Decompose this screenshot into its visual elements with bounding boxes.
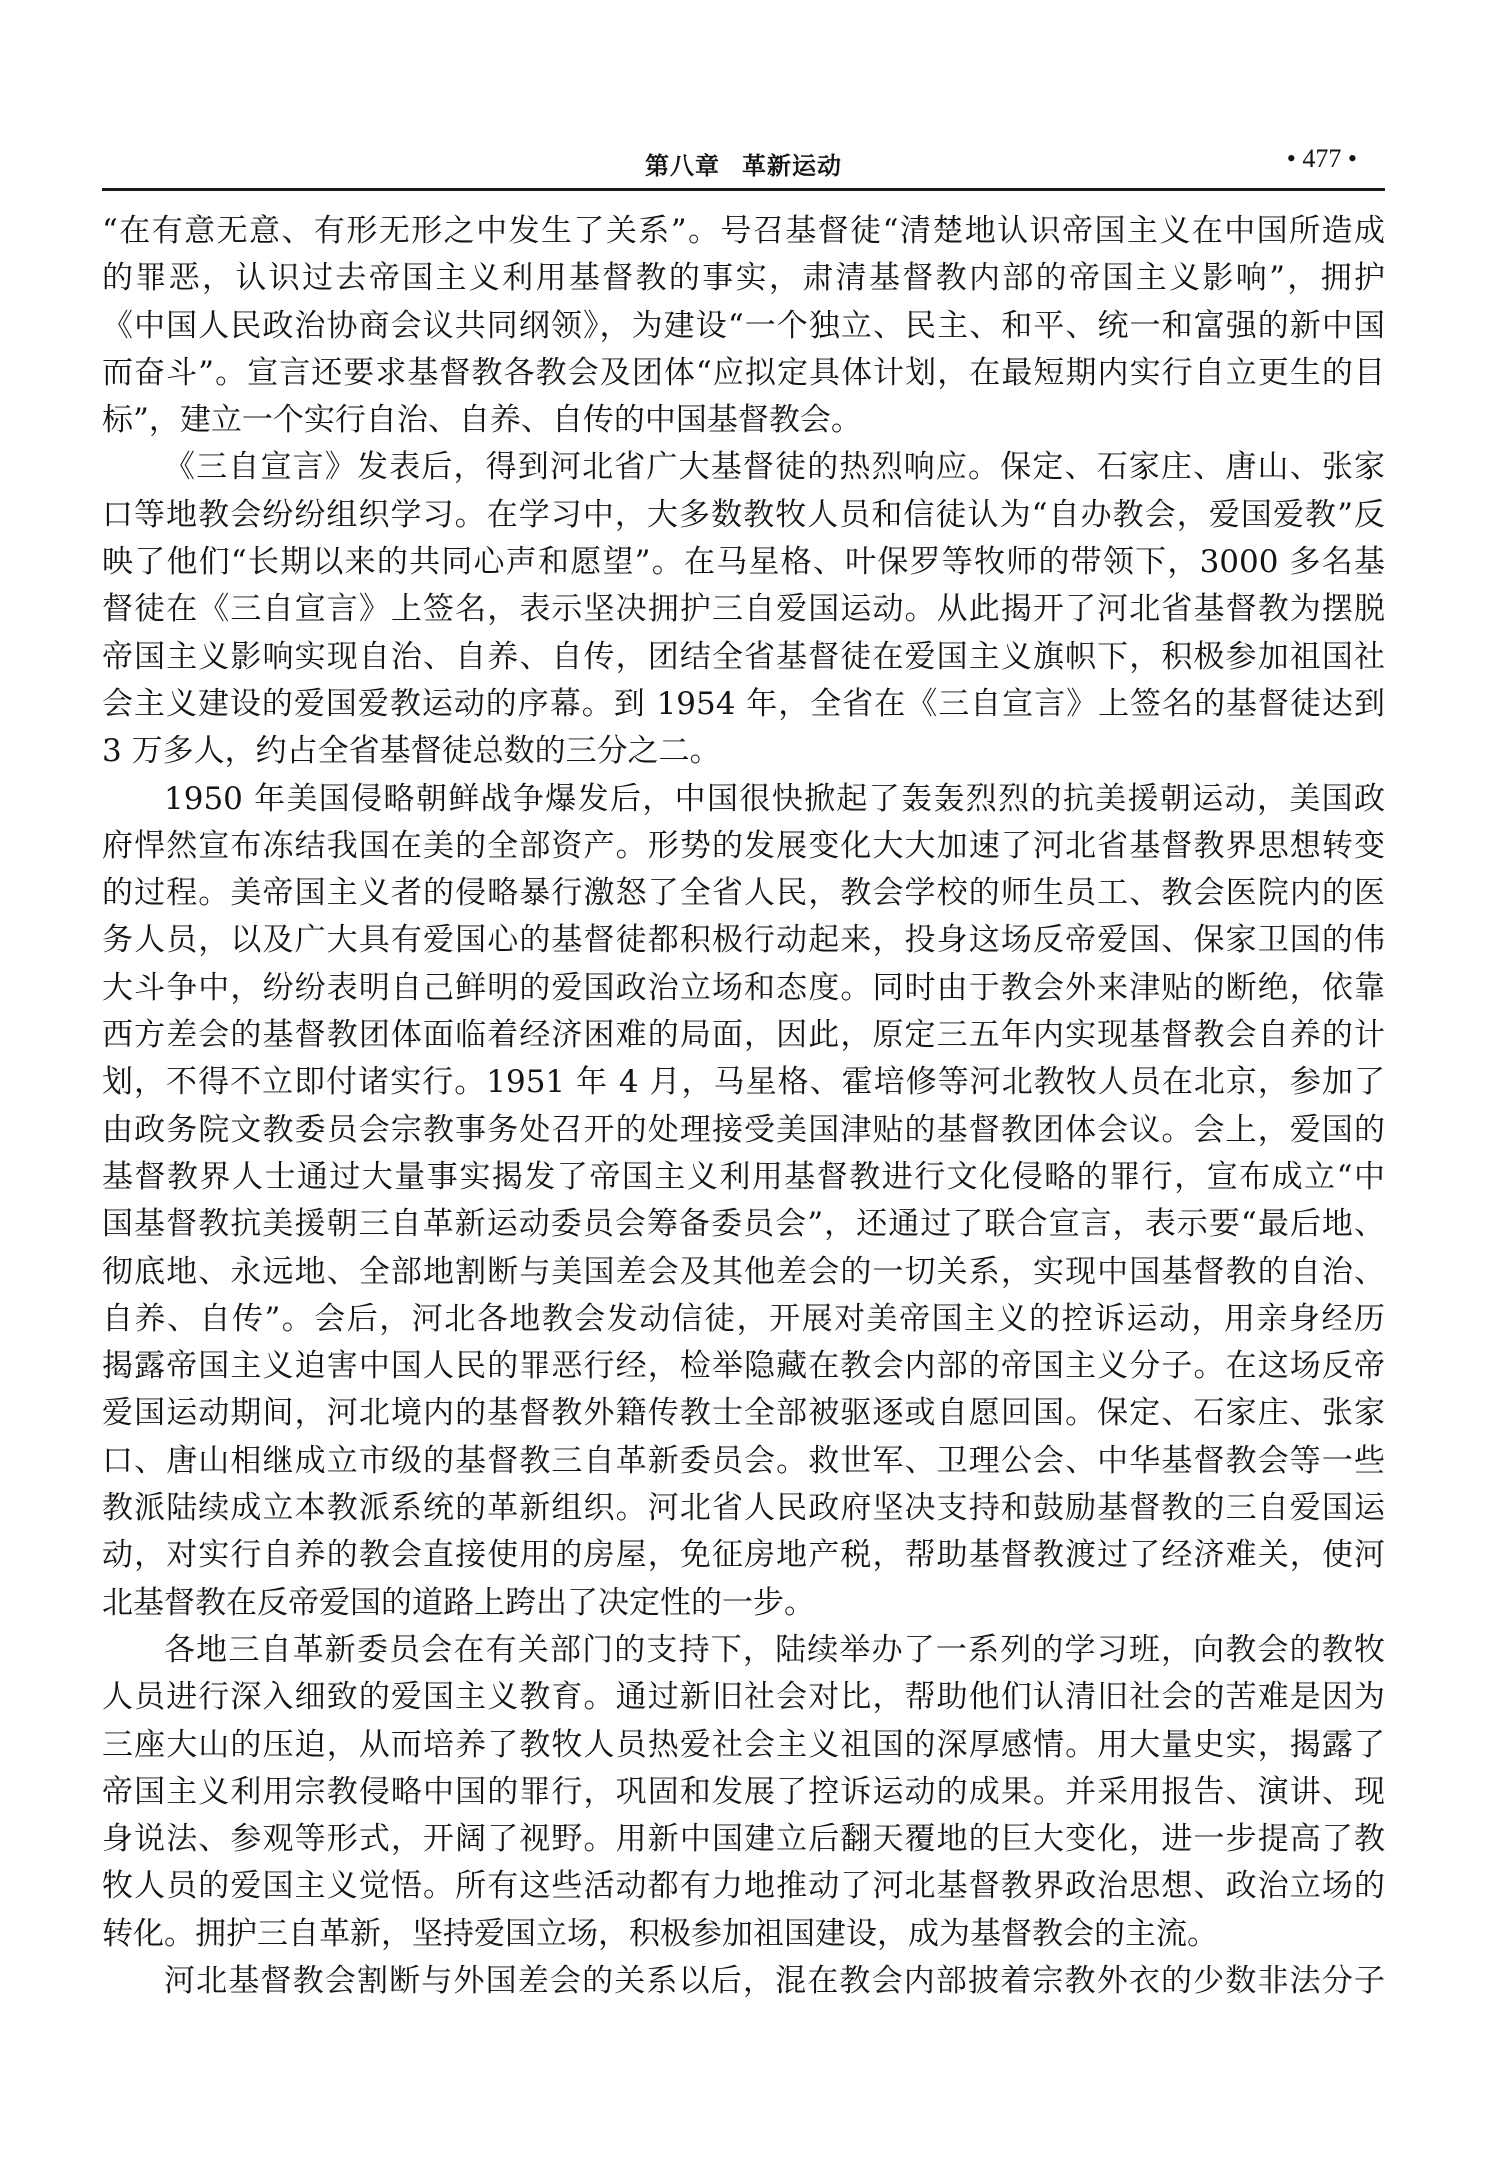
text-line: “在有意无意、有形无形之中发生了关系”。号召基督徒“清楚地认识帝国主义在中国所造… bbox=[102, 208, 1385, 255]
body-text: “在有意无意、有形无形之中发生了关系”。号召基督徒“清楚地认识帝国主义在中国所造… bbox=[102, 208, 1385, 2005]
text-line: 帝国主义影响实现自治、自养、自传，团结全省基督徒在爱国主义旗帜下，积极参加祖国社 bbox=[102, 634, 1385, 681]
text-line: 动，对实行自养的教会直接使用的房屋，免征房地产税，帮助基督教渡过了经济难关，使河 bbox=[102, 1532, 1385, 1579]
paragraph: 1950 年美国侵略朝鲜战争爆发后，中国很快掀起了轰轰烈烈的抗美援朝运动，美国政… bbox=[102, 776, 1385, 1627]
text-line: 基督教界人士通过大量事实揭发了帝国主义利用基督教进行文化侵略的罪行，宣布成立“中 bbox=[102, 1154, 1385, 1201]
text-line: 身说法、参观等形式，开阔了视野。用新中国建立后翻天覆地的巨大变化，进一步提高了教 bbox=[102, 1816, 1385, 1863]
chapter-label: 第八章 bbox=[645, 152, 720, 180]
page-header: 第八章革新运动 • 477 • bbox=[102, 138, 1385, 190]
text-line: 务人员，以及广大具有爱国心的基督徒都积极行动起来，投身这场反帝爱国、保家卫国的伟 bbox=[102, 917, 1385, 964]
paragraph: 各地三自革新委员会在有关部门的支持下，陆续举办了一系列的学习班，向教会的教牧人员… bbox=[102, 1627, 1385, 1958]
text-line: 《三自宣言》发表后，得到河北省广大基督徒的热烈响应。保定、石家庄、唐山、张家 bbox=[102, 444, 1385, 491]
text-line: 1950 年美国侵略朝鲜战争爆发后，中国很快掀起了轰轰烈烈的抗美援朝运动，美国政 bbox=[102, 776, 1385, 823]
text-line: 标”，建立一个实行自治、自养、自传的中国基督教会。 bbox=[102, 397, 1385, 444]
paragraph: 《三自宣言》发表后，得到河北省广大基督徒的热烈响应。保定、石家庄、唐山、张家口等… bbox=[102, 444, 1385, 775]
text-line: 自养、自传”。会后，河北各地教会发动信徒，开展对美帝国主义的控诉运动，用亲身经历 bbox=[102, 1296, 1385, 1343]
text-line: 的过程。美帝国主义者的侵略暴行激怒了全省人民，教会学校的师生员工、教会医院内的医 bbox=[102, 870, 1385, 917]
text-line: 教派陆续成立本教派系统的革新组织。河北省人民政府坚决支持和鼓励基督教的三自爱国运 bbox=[102, 1485, 1385, 1532]
text-line: 转化。拥护三自革新，坚持爱国立场，积极参加祖国建设，成为基督教会的主流。 bbox=[102, 1911, 1385, 1958]
running-title: 第八章革新运动 bbox=[102, 146, 1385, 181]
text-line: 《中国人民政治协商会议共同纲领》，为建设“一个独立、民主、和平、统一和富强的新中… bbox=[102, 303, 1385, 350]
paragraph: 河北基督教会割断与外国差会的关系以后，混在教会内部披着宗教外衣的少数非法分子 bbox=[102, 1958, 1385, 2005]
text-line: 帝国主义利用宗教侵略中国的罪行，巩固和发展了控诉运动的成果。并采用报告、演讲、现 bbox=[102, 1769, 1385, 1816]
text-line: 揭露帝国主义迫害中国人民的罪恶行经，检举隐藏在教会内部的帝国主义分子。在这场反帝 bbox=[102, 1343, 1385, 1390]
text-line: 人员进行深入细致的爱国主义教育。通过新旧社会对比，帮助他们认清旧社会的苦难是因为 bbox=[102, 1674, 1385, 1721]
text-line: 口等地教会纷纷组织学习。在学习中，大多数教牧人员和信徒认为“自办教会，爱国爱教”… bbox=[102, 492, 1385, 539]
text-line: 爱国运动期间，河北境内的基督教外籍传教士全部被驱逐或自愿回国。保定、石家庄、张家 bbox=[102, 1390, 1385, 1437]
text-line: 会主义建设的爱国爱教运动的序幕。到 1954 年，全省在《三自宣言》上签名的基督… bbox=[102, 681, 1385, 728]
text-line: 督徒在《三自宣言》上签名，表示坚决拥护三自爱国运动。从此揭开了河北省基督教为摆脱 bbox=[102, 586, 1385, 633]
text-line: 划，不得不立即付诸实行。1951 年 4 月，马星格、霍培修等河北教牧人员在北京… bbox=[102, 1059, 1385, 1106]
text-line: 北基督教在反帝爱国的道路上跨出了决定性的一步。 bbox=[102, 1580, 1385, 1627]
header-rule bbox=[102, 188, 1385, 191]
text-line: 彻底地、永远地、全部地割断与美国差会及其他差会的一切关系，实现中国基督教的自治、 bbox=[102, 1249, 1385, 1296]
text-line: 口、唐山相继成立市级的基督教三自革新委员会。救世军、卫理公会、中华基督教会等一些 bbox=[102, 1438, 1385, 1485]
chapter-title: 革新运动 bbox=[742, 152, 842, 180]
text-line: 3 万多人，约占全省基督徒总数的三分之二。 bbox=[102, 728, 1385, 775]
text-line: 河北基督教会割断与外国差会的关系以后，混在教会内部披着宗教外衣的少数非法分子 bbox=[102, 1958, 1385, 2005]
text-line: 国基督教抗美援朝三自革新运动委员会筹备委员会”，还通过了联合宣言，表示要“最后地… bbox=[102, 1201, 1385, 1248]
text-line: 府悍然宣布冻结我国在美的全部资产。形势的发展变化大大加速了河北省基督教界思想转变 bbox=[102, 823, 1385, 870]
text-line: 西方差会的基督教团体面临着经济困难的局面，因此，原定三五年内实现基督教会自养的计 bbox=[102, 1012, 1385, 1059]
text-line: 三座大山的压迫，从而培养了教牧人员热爱社会主义祖国的深厚感情。用大量史实，揭露了 bbox=[102, 1722, 1385, 1769]
text-line: 各地三自革新委员会在有关部门的支持下，陆续举办了一系列的学习班，向教会的教牧 bbox=[102, 1627, 1385, 1674]
text-line: 的罪恶，认识过去帝国主义利用基督教的事实，肃清基督教内部的帝国主义影响”，拥护 bbox=[102, 255, 1385, 302]
paragraph: “在有意无意、有形无形之中发生了关系”。号召基督徒“清楚地认识帝国主义在中国所造… bbox=[102, 208, 1385, 444]
text-line: 大斗争中，纷纷表明自己鲜明的爱国政治立场和态度。同时由于教会外来津贴的断绝，依靠 bbox=[102, 965, 1385, 1012]
page-number: • 477 • bbox=[1287, 144, 1357, 174]
text-line: 映了他们“长期以来的共同心声和愿望”。在马星格、叶保罗等牧师的带领下，3000 … bbox=[102, 539, 1385, 586]
text-line: 由政务院文教委员会宗教事务处召开的处理接受美国津贴的基督教团体会议。会上，爱国的 bbox=[102, 1107, 1385, 1154]
text-line: 牧人员的爱国主义觉悟。所有这些活动都有力地推动了河北基督教界政治思想、政治立场的 bbox=[102, 1863, 1385, 1910]
text-line: 而奋斗”。宣言还要求基督教各教会及团体“应拟定具体计划，在最短期内实行自立更生的… bbox=[102, 350, 1385, 397]
